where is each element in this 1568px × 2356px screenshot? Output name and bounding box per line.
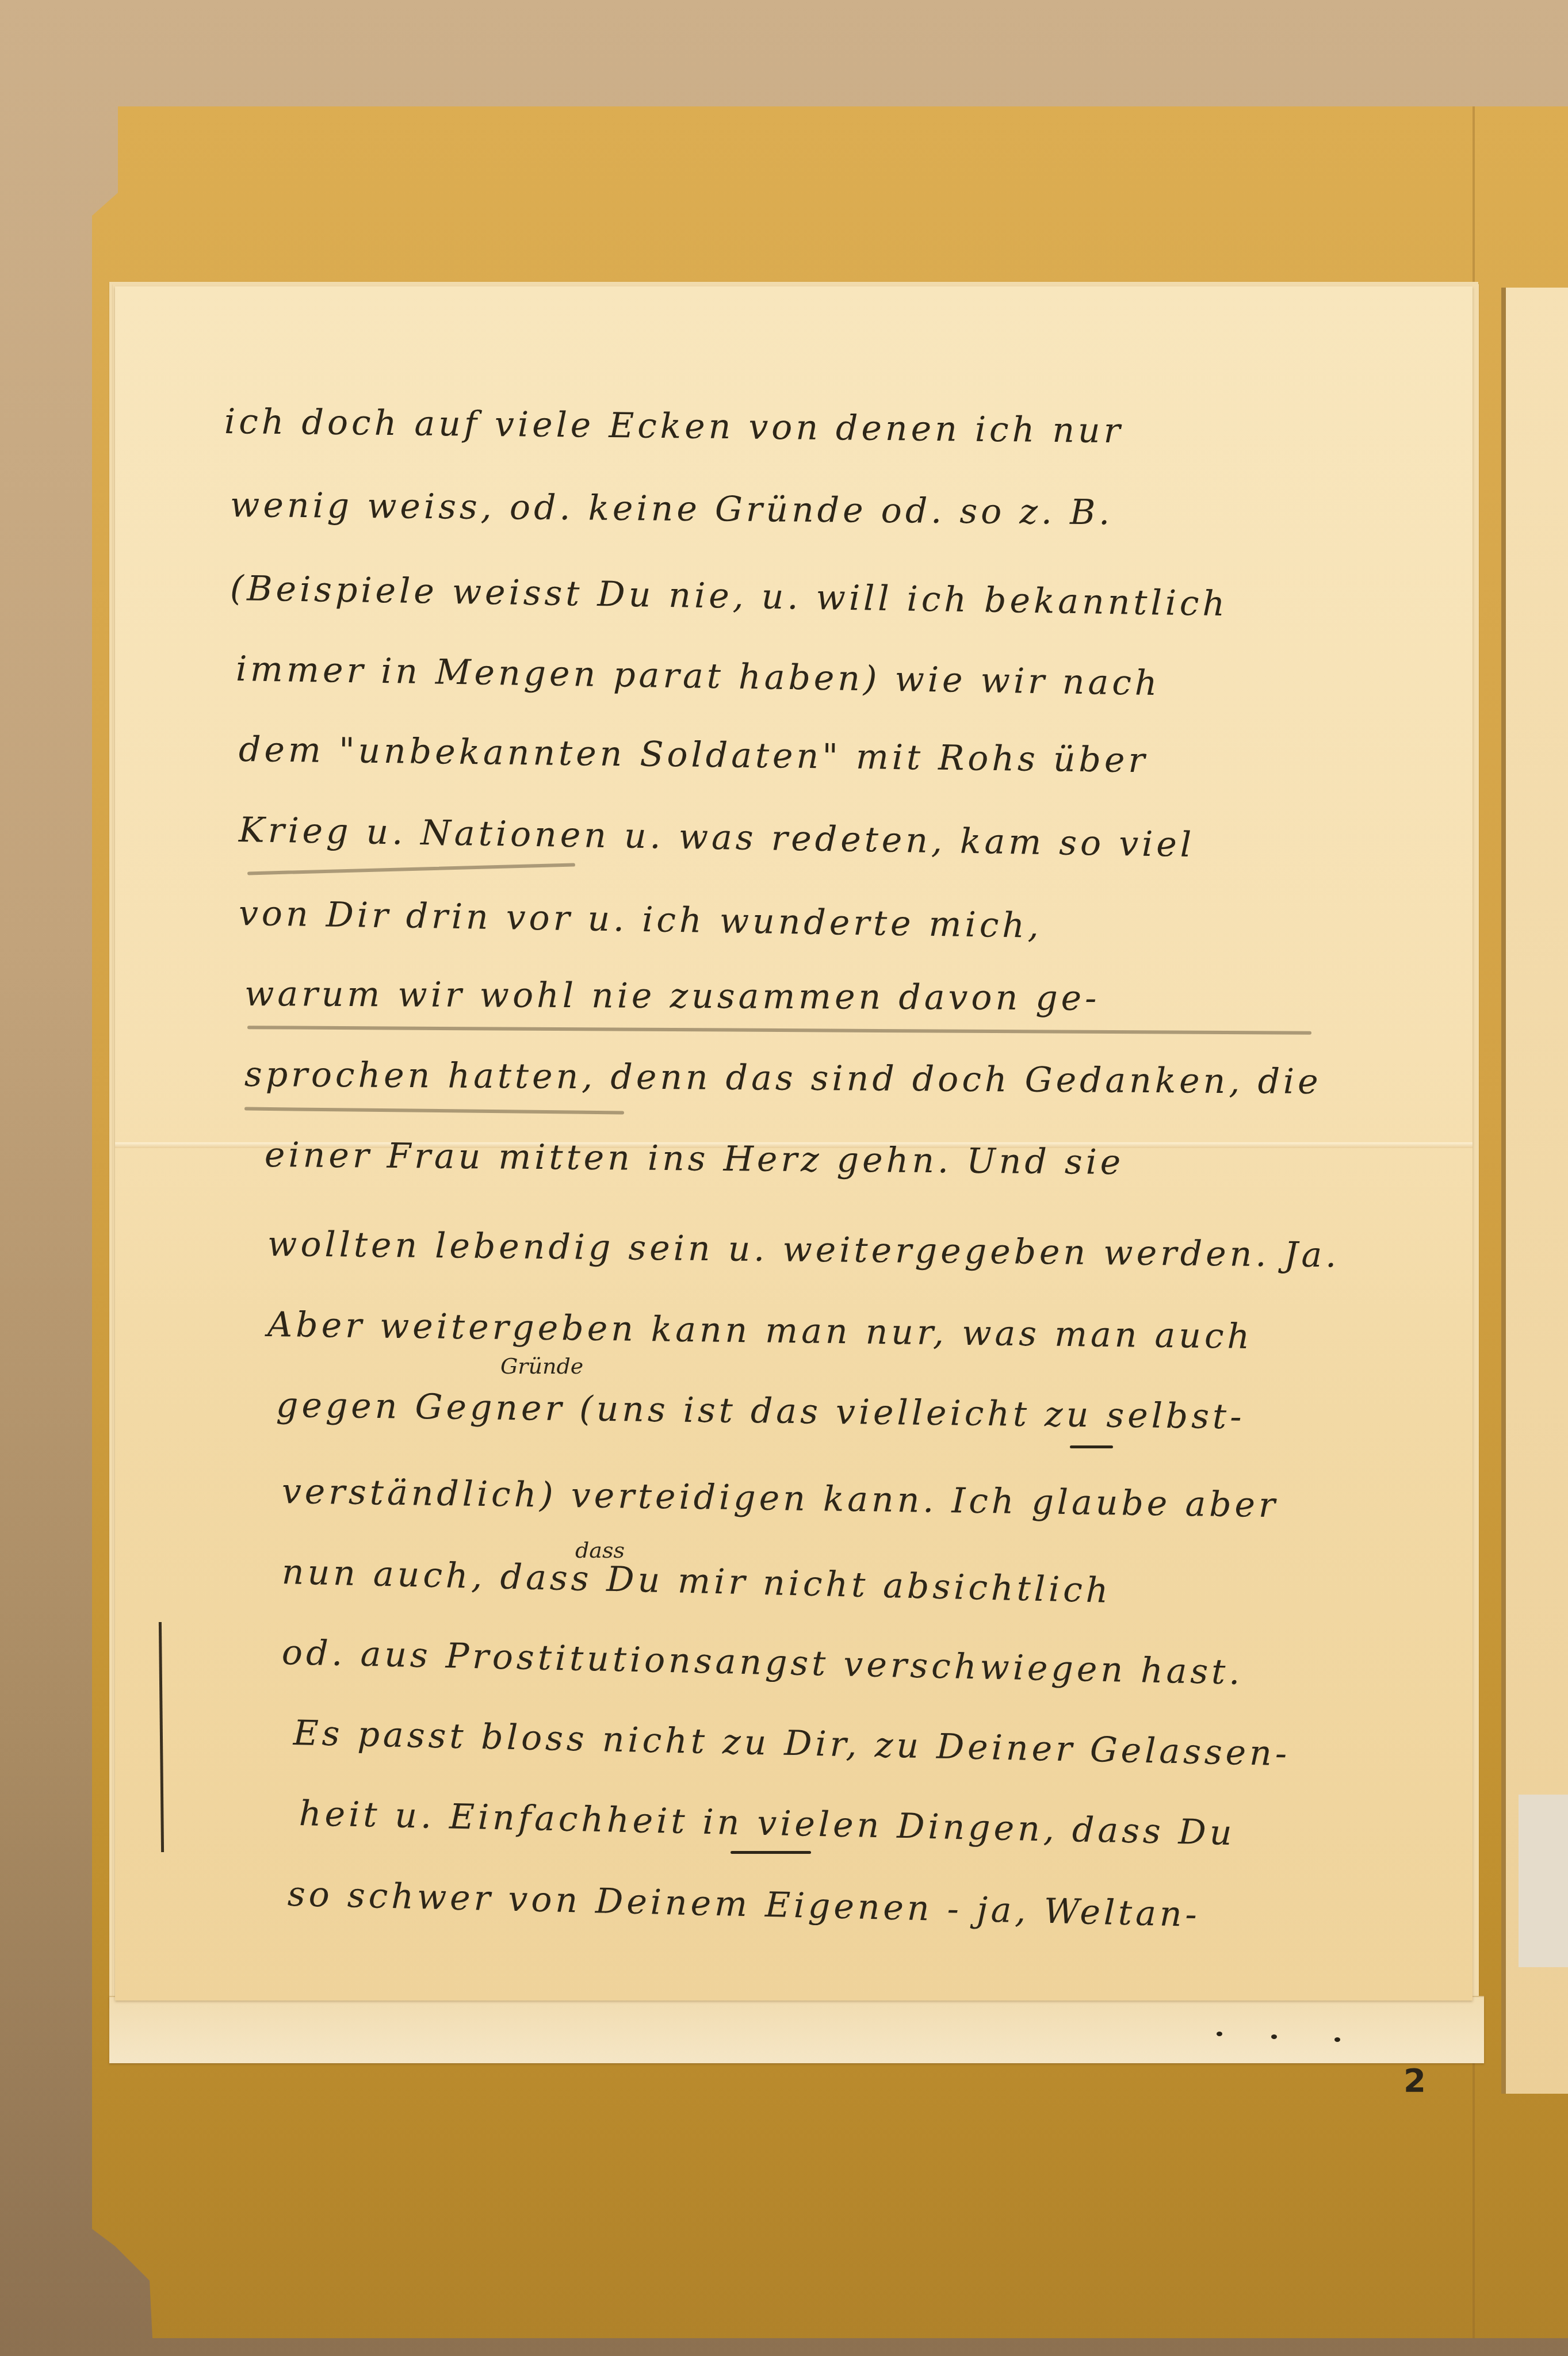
- pencil-underline: [247, 1026, 1311, 1035]
- handwritten-line-9: sprochen hatten, denn das sind doch Geda…: [244, 1054, 1322, 1102]
- handwritten-line-17: Es passt bloss nicht zu Dir, zu Deiner G…: [293, 1713, 1291, 1774]
- page-number: 2: [1403, 2062, 1426, 2099]
- letter-page: ich doch auf viele Ecken von denen ich n…: [115, 286, 1473, 2001]
- handwritten-line-10: einer Frau mitten ins Herz gehn. Und sie: [265, 1135, 1125, 1183]
- handwritten-line-7: von Dir drin vor u. ich wunderte mich,: [238, 893, 1042, 946]
- handwritten-line-14: verständlich) verteidigen kann. Ich glau…: [282, 1471, 1279, 1525]
- handwritten-line-15: nun auch, dass Du mir nicht absichtlich: [281, 1552, 1112, 1611]
- handwritten-line-6: Krieg u. Nationen u. was redeten, kam so…: [238, 810, 1195, 865]
- handwritten-line-18: heit u. Einfachheit in vielen Dingen, da…: [299, 1793, 1236, 1853]
- ink-underline: [1070, 1445, 1113, 1448]
- handwritten-line-4: immer in Mengen parat haben) wie wir nac…: [235, 649, 1161, 703]
- interlinear-insertion: Gründe: [500, 1353, 583, 1379]
- ink-dot: [1271, 2034, 1277, 2039]
- handwritten-line-16: od. aus Prostitutionsangst verschwiegen …: [281, 1632, 1244, 1693]
- handwritten-line-1: ich doch auf viele Ecken von denen ich n…: [224, 401, 1124, 451]
- handwritten-line-19: so schwer von Deinem Eigenen - ja, Welta…: [287, 1874, 1200, 1935]
- pencil-underline: [247, 863, 575, 875]
- pencil-underline: [244, 1107, 624, 1115]
- handwritten-line-12: Aber weitergeben kann man nur, was man a…: [267, 1305, 1253, 1357]
- handwritten-line-3: (Beispiele weisst Du nie, u. will ich be…: [230, 568, 1228, 624]
- handwritten-line-5: dem "unbekannten Soldaten" mit Rohs über: [239, 729, 1149, 781]
- ink-dot: [1334, 2037, 1340, 2042]
- handwritten-line-8: warum wir wohl nie zusammen davon ge-: [244, 974, 1100, 1019]
- paper-stack-bottom-edge: [109, 1996, 1484, 2063]
- handwritten-line-13: gegen Gegner (uns ist das vielleicht zu …: [276, 1385, 1245, 1437]
- adjacent-page-tab: [1519, 1795, 1568, 1967]
- ink-underline: [731, 1851, 811, 1854]
- ink-dot: [1217, 2032, 1222, 2036]
- handwritten-line-2: wenig weiss, od. keine Gründe od. so z. …: [230, 485, 1114, 533]
- handwritten-line-11: wollten lebendig sein u. weitergegeben w…: [267, 1224, 1340, 1276]
